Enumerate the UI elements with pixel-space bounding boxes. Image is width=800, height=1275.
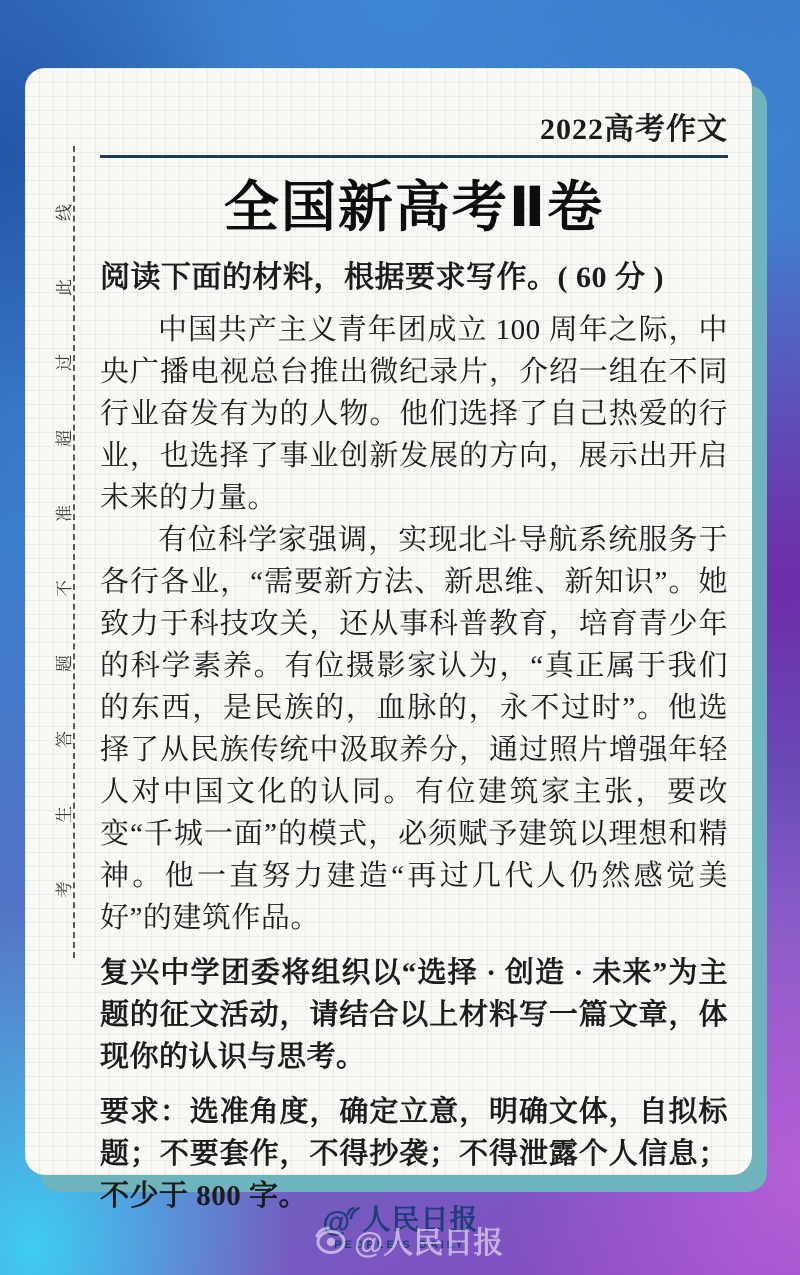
exam-paper-card: 线 此 过 超 准 不 题 答 生 考 2022高考作文 全国新高考Ⅱ卷 阅读下… <box>25 68 752 1175</box>
watermark-text: @人民日报 <box>354 1218 503 1262</box>
margin-char: 超 <box>50 430 75 447</box>
weibo-eye-icon <box>312 1224 348 1256</box>
margin-char: 不 <box>50 580 75 597</box>
margin-char: 此 <box>50 279 75 296</box>
margin-char: 题 <box>50 655 75 672</box>
task-paragraph: 复兴中学团委将组织以“选择 · 创造 · 未来”为主题的征文活动，请结合以上材料… <box>100 952 728 1078</box>
margin-char: 准 <box>50 505 75 522</box>
exam-instruction: 阅读下面的材料，根据要求写作。( 60 分 ) <box>100 252 728 296</box>
material-paragraph: 有位科学家强调，实现北斗导航系统服务于各行各业，“需要新方法、新思维、新知识”。… <box>100 519 728 939</box>
header-divider <box>100 155 728 158</box>
exam-content: 2022高考作文 全国新高考Ⅱ卷 阅读下面的材料，根据要求写作。( 60 分 )… <box>100 68 728 1217</box>
margin-char: 生 <box>50 806 75 823</box>
page-title: 全国新高考Ⅱ卷 <box>100 174 728 240</box>
margin-char: 答 <box>50 731 75 748</box>
margin-vertical-notice: 线 此 过 超 准 不 题 答 生 考 <box>51 200 73 902</box>
margin-char: 线 <box>50 204 75 221</box>
exam-material: 中国共产主义青年团成立 100 周年之际，中央广播电视总台推出微纪录片，介绍一组… <box>100 309 728 1217</box>
material-paragraph: 中国共产主义青年团成立 100 周年之际，中央广播电视总台推出微纪录片，介绍一组… <box>100 309 728 519</box>
weibo-watermark: @人民日报 <box>312 1218 503 1262</box>
footer: @ 人民日报 PEOPLE'S DAILY @人民日报 <box>0 1192 800 1275</box>
corner-badge: 2022高考作文 <box>100 104 728 148</box>
answer-boundary-dashed-line <box>73 146 75 958</box>
margin-char: 考 <box>50 881 75 898</box>
margin-char: 过 <box>50 354 75 371</box>
